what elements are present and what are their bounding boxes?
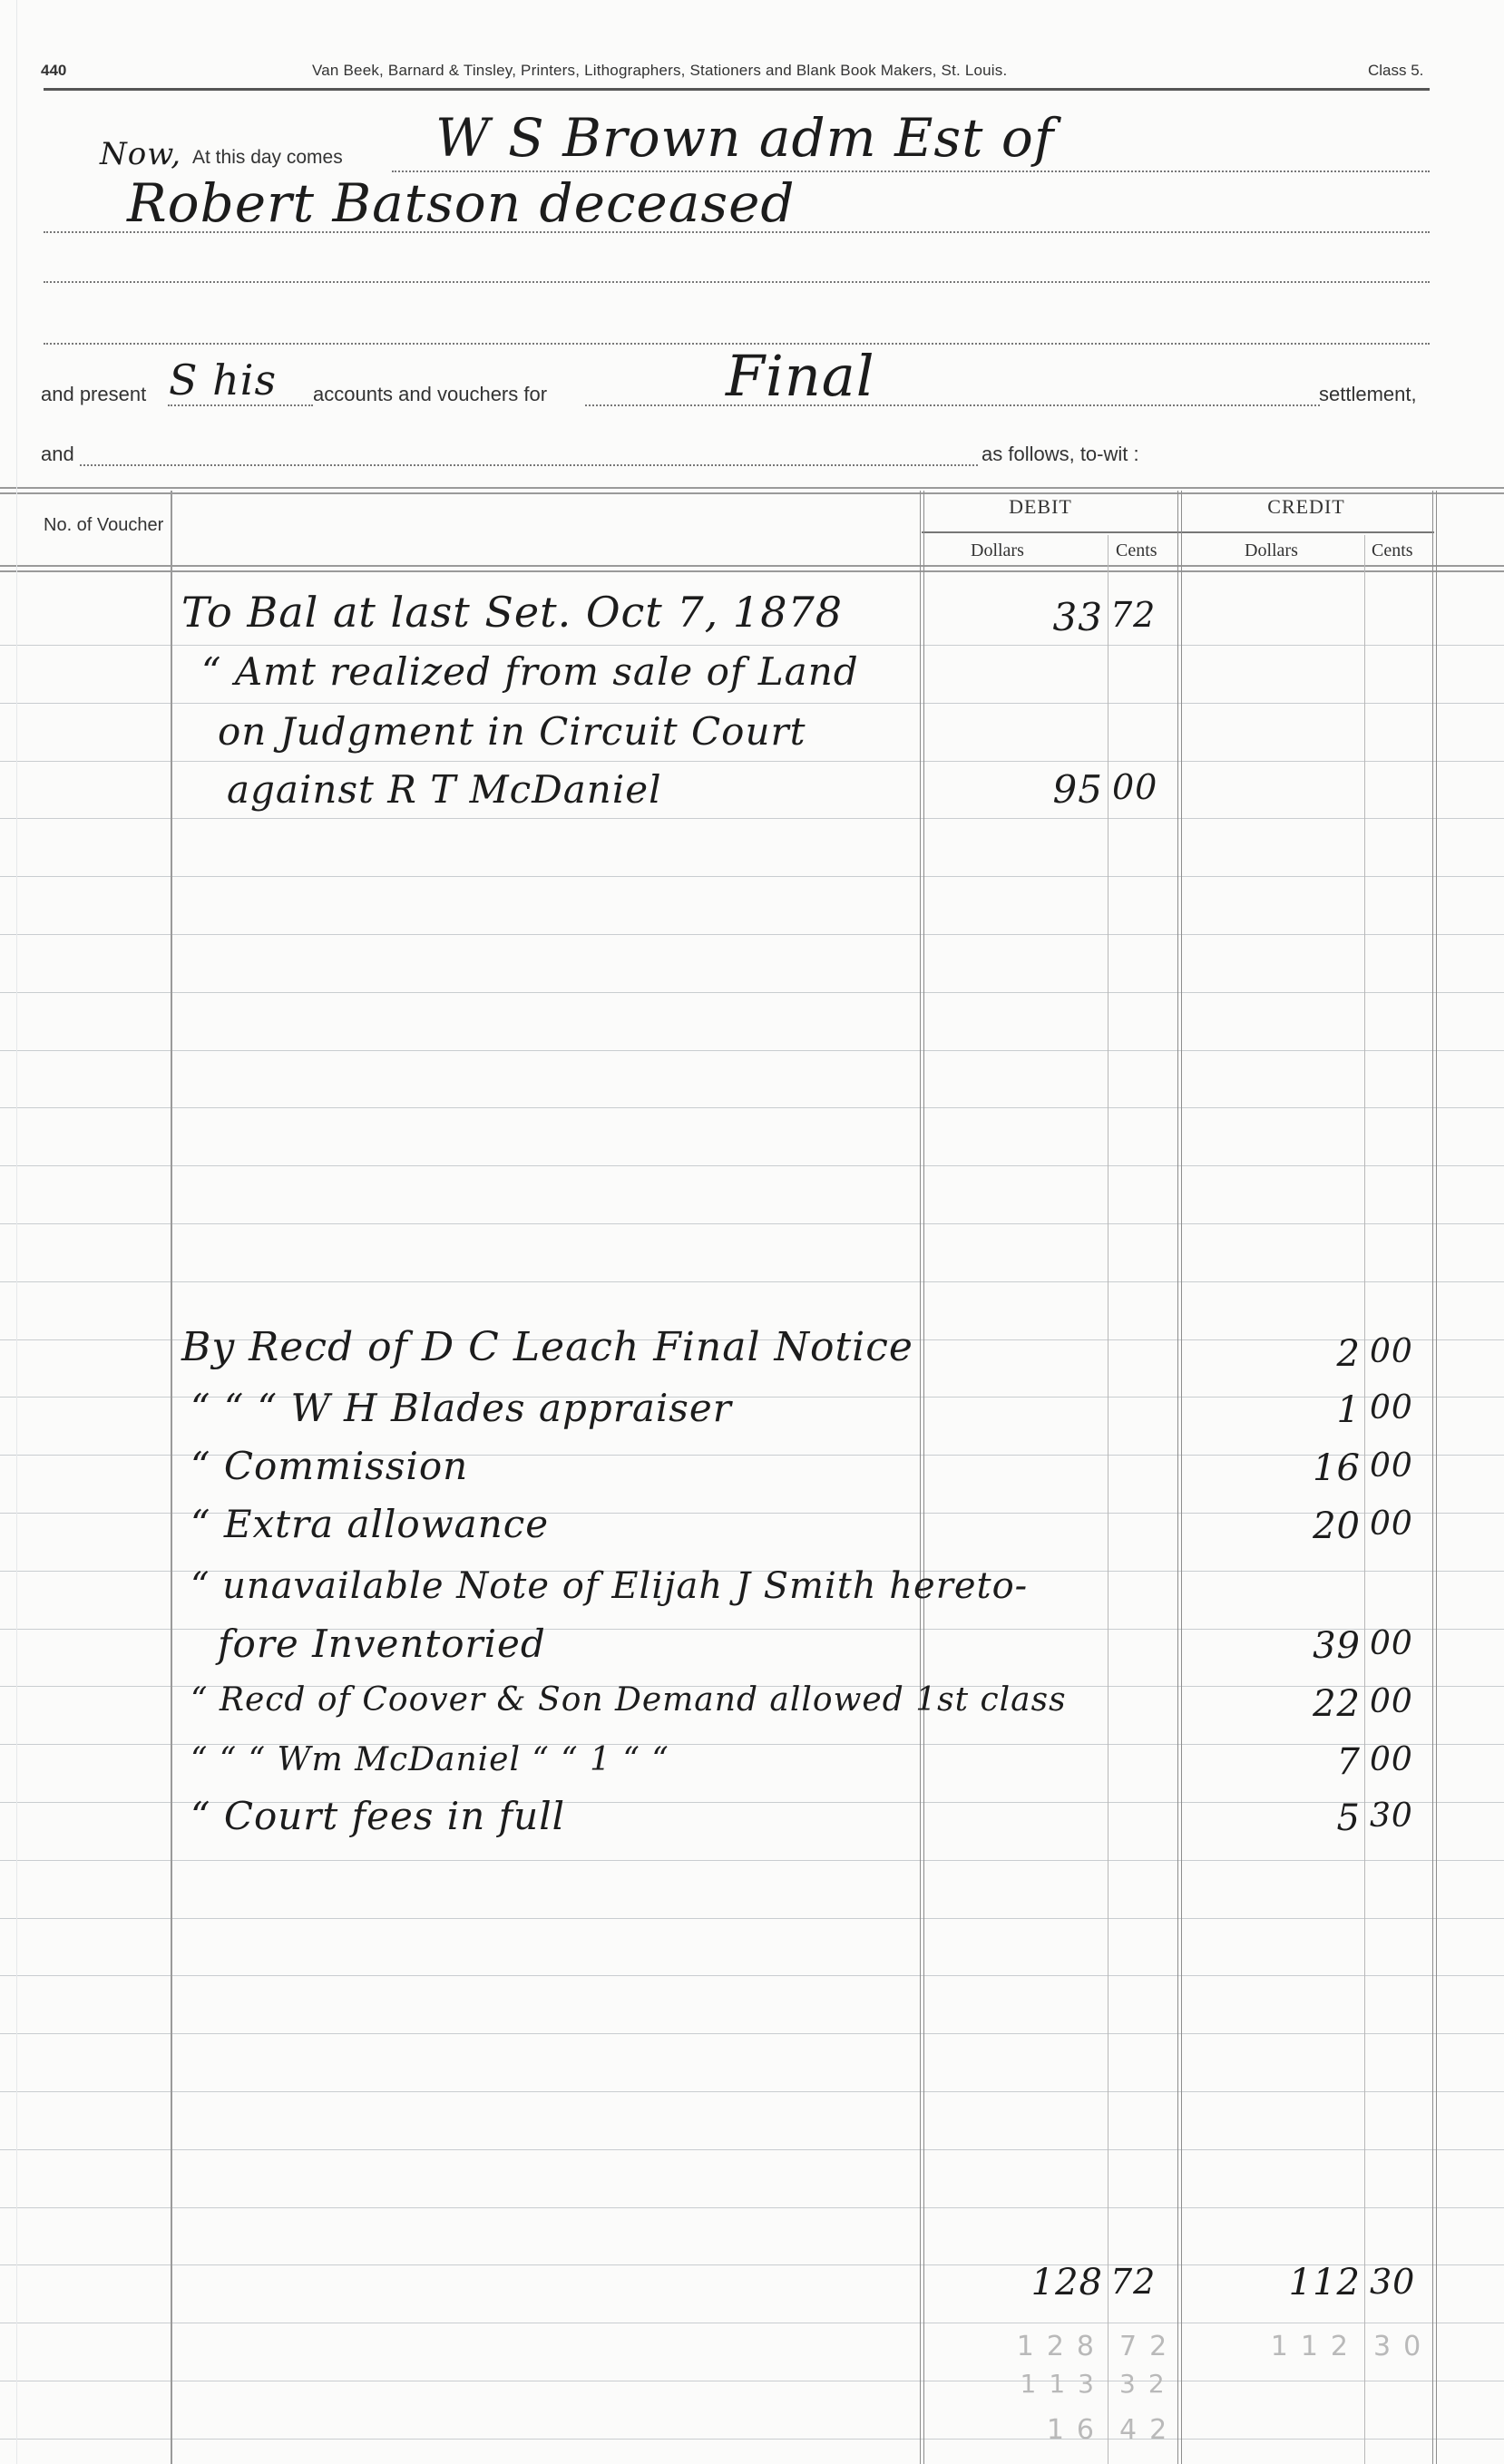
ledger-rule-line bbox=[0, 1860, 1504, 1861]
credit-entry-dollars: 22 bbox=[1270, 1683, 1361, 1725]
settlement-type-value[interactable]: Final bbox=[726, 343, 875, 409]
credit-left-line bbox=[1177, 491, 1182, 2464]
credit-dollars-header: Dollars bbox=[1245, 541, 1298, 561]
credit-entry-dollars: 20 bbox=[1270, 1505, 1361, 1547]
debit-total-dollars: 128 bbox=[980, 2262, 1103, 2303]
pencil-debit-dollars: 128 bbox=[1016, 2331, 1107, 2362]
line3-dotted-line bbox=[44, 281, 1430, 283]
credit-cents-line bbox=[1364, 535, 1365, 2464]
credit-entry-cents: 00 bbox=[1370, 1389, 1413, 1427]
ledger-rule-line bbox=[0, 1975, 1504, 1976]
accounts-vouchers-label: accounts and vouchers for bbox=[313, 383, 547, 406]
credit-entry-dollars: 1 bbox=[1270, 1389, 1361, 1431]
debit-total-cents: 72 bbox=[1110, 2262, 1156, 2302]
debit-entry-cents: 72 bbox=[1110, 595, 1156, 635]
pencil-debit-cents: 32 bbox=[1119, 2369, 1177, 2399]
credit-entry-text: “ Recd of Coover & Son Demand allowed 1s… bbox=[190, 1681, 1067, 1719]
voucher-column-line bbox=[171, 491, 172, 2464]
credit-total-dollars: 112 bbox=[1243, 2262, 1361, 2303]
and-dotted-line bbox=[80, 464, 978, 466]
as-follows-label: as follows, to-wit : bbox=[982, 443, 1139, 466]
at-this-day-comes-label: At this day comes bbox=[192, 147, 343, 169]
ledger-rule-line bbox=[0, 761, 1504, 762]
credit-header: CREDIT bbox=[1234, 495, 1379, 519]
credit-entry-text: “ Court fees in full bbox=[190, 1794, 565, 1838]
ledger-rule-line bbox=[0, 2149, 1504, 2150]
ledger-rule-line bbox=[0, 934, 1504, 935]
pencil-debit-cents: 42 bbox=[1119, 2414, 1179, 2446]
credit-entry-cents: 00 bbox=[1370, 1741, 1413, 1778]
debit-entry-text: To Bal at last Set. Oct 7, 1878 bbox=[181, 588, 843, 637]
credit-entry-text: “ “ “ W H Blades appraiser bbox=[190, 1386, 732, 1430]
settlement-label: settlement, bbox=[1319, 383, 1417, 406]
debit-cents-header: Cents bbox=[1116, 541, 1157, 561]
credit-entry-text: “ Extra allowance bbox=[190, 1502, 549, 1546]
ledger-rule-line bbox=[0, 2323, 1504, 2323]
credit-entry-text: fore Inventoried bbox=[218, 1622, 546, 1666]
credit-total-cents: 30 bbox=[1370, 2262, 1415, 2302]
credit-entry-text: By Recd of D C Leach Final Notice bbox=[181, 1324, 913, 1370]
table-top-rule bbox=[0, 487, 1504, 494]
credit-entry-text: “ unavailable Note of Elijah J Smith her… bbox=[190, 1565, 1028, 1607]
class-label: Class 5. bbox=[1368, 62, 1423, 80]
now-word: Now, bbox=[100, 136, 181, 172]
debit-entry-cents: 00 bbox=[1112, 767, 1157, 807]
credit-entry-cents: 30 bbox=[1370, 1797, 1413, 1835]
left-margin-line bbox=[16, 0, 17, 2464]
ledger-rule-line bbox=[0, 1223, 1504, 1224]
ledger-rule-line bbox=[0, 876, 1504, 877]
ledger-rule-line bbox=[0, 1165, 1504, 1166]
ledger-rule-line bbox=[0, 1107, 1504, 1108]
debit-cents-line bbox=[1108, 535, 1108, 2464]
debit-entry-text: against R T McDaniel bbox=[227, 767, 662, 812]
credit-entry-cents: 00 bbox=[1370, 1505, 1413, 1543]
pencil-credit-cents: 30 bbox=[1373, 2331, 1433, 2362]
ledger-rule-line bbox=[0, 703, 1504, 704]
debit-entry-dollars: 33 bbox=[1016, 595, 1103, 639]
ledger-rule-line bbox=[0, 2033, 1504, 2034]
debit-entry-text: on Judgment in Circuit Court bbox=[218, 709, 806, 754]
ledger-rule-line bbox=[0, 645, 1504, 646]
settlement-type-dotted-line bbox=[585, 404, 1320, 406]
table-header-bottom-rule bbox=[0, 565, 1504, 572]
debit-left-line bbox=[920, 491, 924, 2464]
page-number: 440 bbox=[41, 62, 66, 80]
pencil-debit-dollars: 113 bbox=[1016, 2369, 1107, 2399]
ledger-rule-line bbox=[0, 2207, 1504, 2208]
debit-entry-dollars: 95 bbox=[1016, 767, 1103, 812]
credit-entry-cents: 00 bbox=[1370, 1625, 1413, 1662]
present-dotted-line bbox=[168, 404, 313, 406]
credit-entry-dollars: 5 bbox=[1270, 1797, 1361, 1839]
printer-imprint: Van Beek, Barnard & Tinsley, Printers, L… bbox=[312, 62, 1007, 80]
ledger-rule-line bbox=[0, 992, 1504, 993]
voucher-column-header: No. of Voucher bbox=[44, 515, 163, 536]
estate-name-value[interactable]: Robert Batson deceased bbox=[127, 172, 796, 234]
credit-entry-dollars: 16 bbox=[1270, 1447, 1361, 1489]
credit-entry-dollars: 39 bbox=[1270, 1625, 1361, 1667]
debit-header: DEBIT bbox=[972, 495, 1108, 519]
and-present-label: and present bbox=[41, 383, 146, 406]
debit-entry-text: “ Amt realized from sale of Land bbox=[201, 649, 859, 694]
header-rule bbox=[44, 88, 1430, 91]
credit-entry-cents: 00 bbox=[1370, 1447, 1413, 1485]
present-value[interactable]: S his bbox=[169, 355, 277, 404]
ledger-rule-line bbox=[0, 2091, 1504, 2092]
credit-entry-cents: 00 bbox=[1370, 1333, 1413, 1370]
debit-dollars-header: Dollars bbox=[971, 541, 1024, 561]
ledger-rule-line bbox=[0, 1281, 1504, 1282]
pencil-debit-dollars: 16 bbox=[1016, 2414, 1107, 2446]
credit-entry-text: “ Commission bbox=[190, 1444, 468, 1488]
credit-entry-text: “ “ “ Wm McDaniel “ “ 1 “ “ bbox=[190, 1741, 669, 1778]
credit-entry-dollars: 2 bbox=[1270, 1333, 1361, 1375]
credit-right-line bbox=[1432, 491, 1437, 2464]
credit-entry-cents: 00 bbox=[1370, 1683, 1413, 1720]
ledger-rule-line bbox=[0, 2381, 1504, 2381]
pencil-debit-cents: 72 bbox=[1119, 2331, 1179, 2362]
comes-value[interactable]: W S Brown adm Est of bbox=[435, 107, 1054, 169]
pencil-credit-dollars: 112 bbox=[1270, 2331, 1361, 2362]
and-label: and bbox=[41, 443, 74, 466]
ledger-rule-line bbox=[0, 2439, 1504, 2440]
credit-entry-dollars: 7 bbox=[1270, 1741, 1361, 1783]
ledger-rule-line bbox=[0, 1050, 1504, 1051]
ledger-rule-line bbox=[0, 1918, 1504, 1919]
ledger-rule-line bbox=[0, 818, 1504, 819]
credit-cents-header: Cents bbox=[1372, 541, 1413, 561]
